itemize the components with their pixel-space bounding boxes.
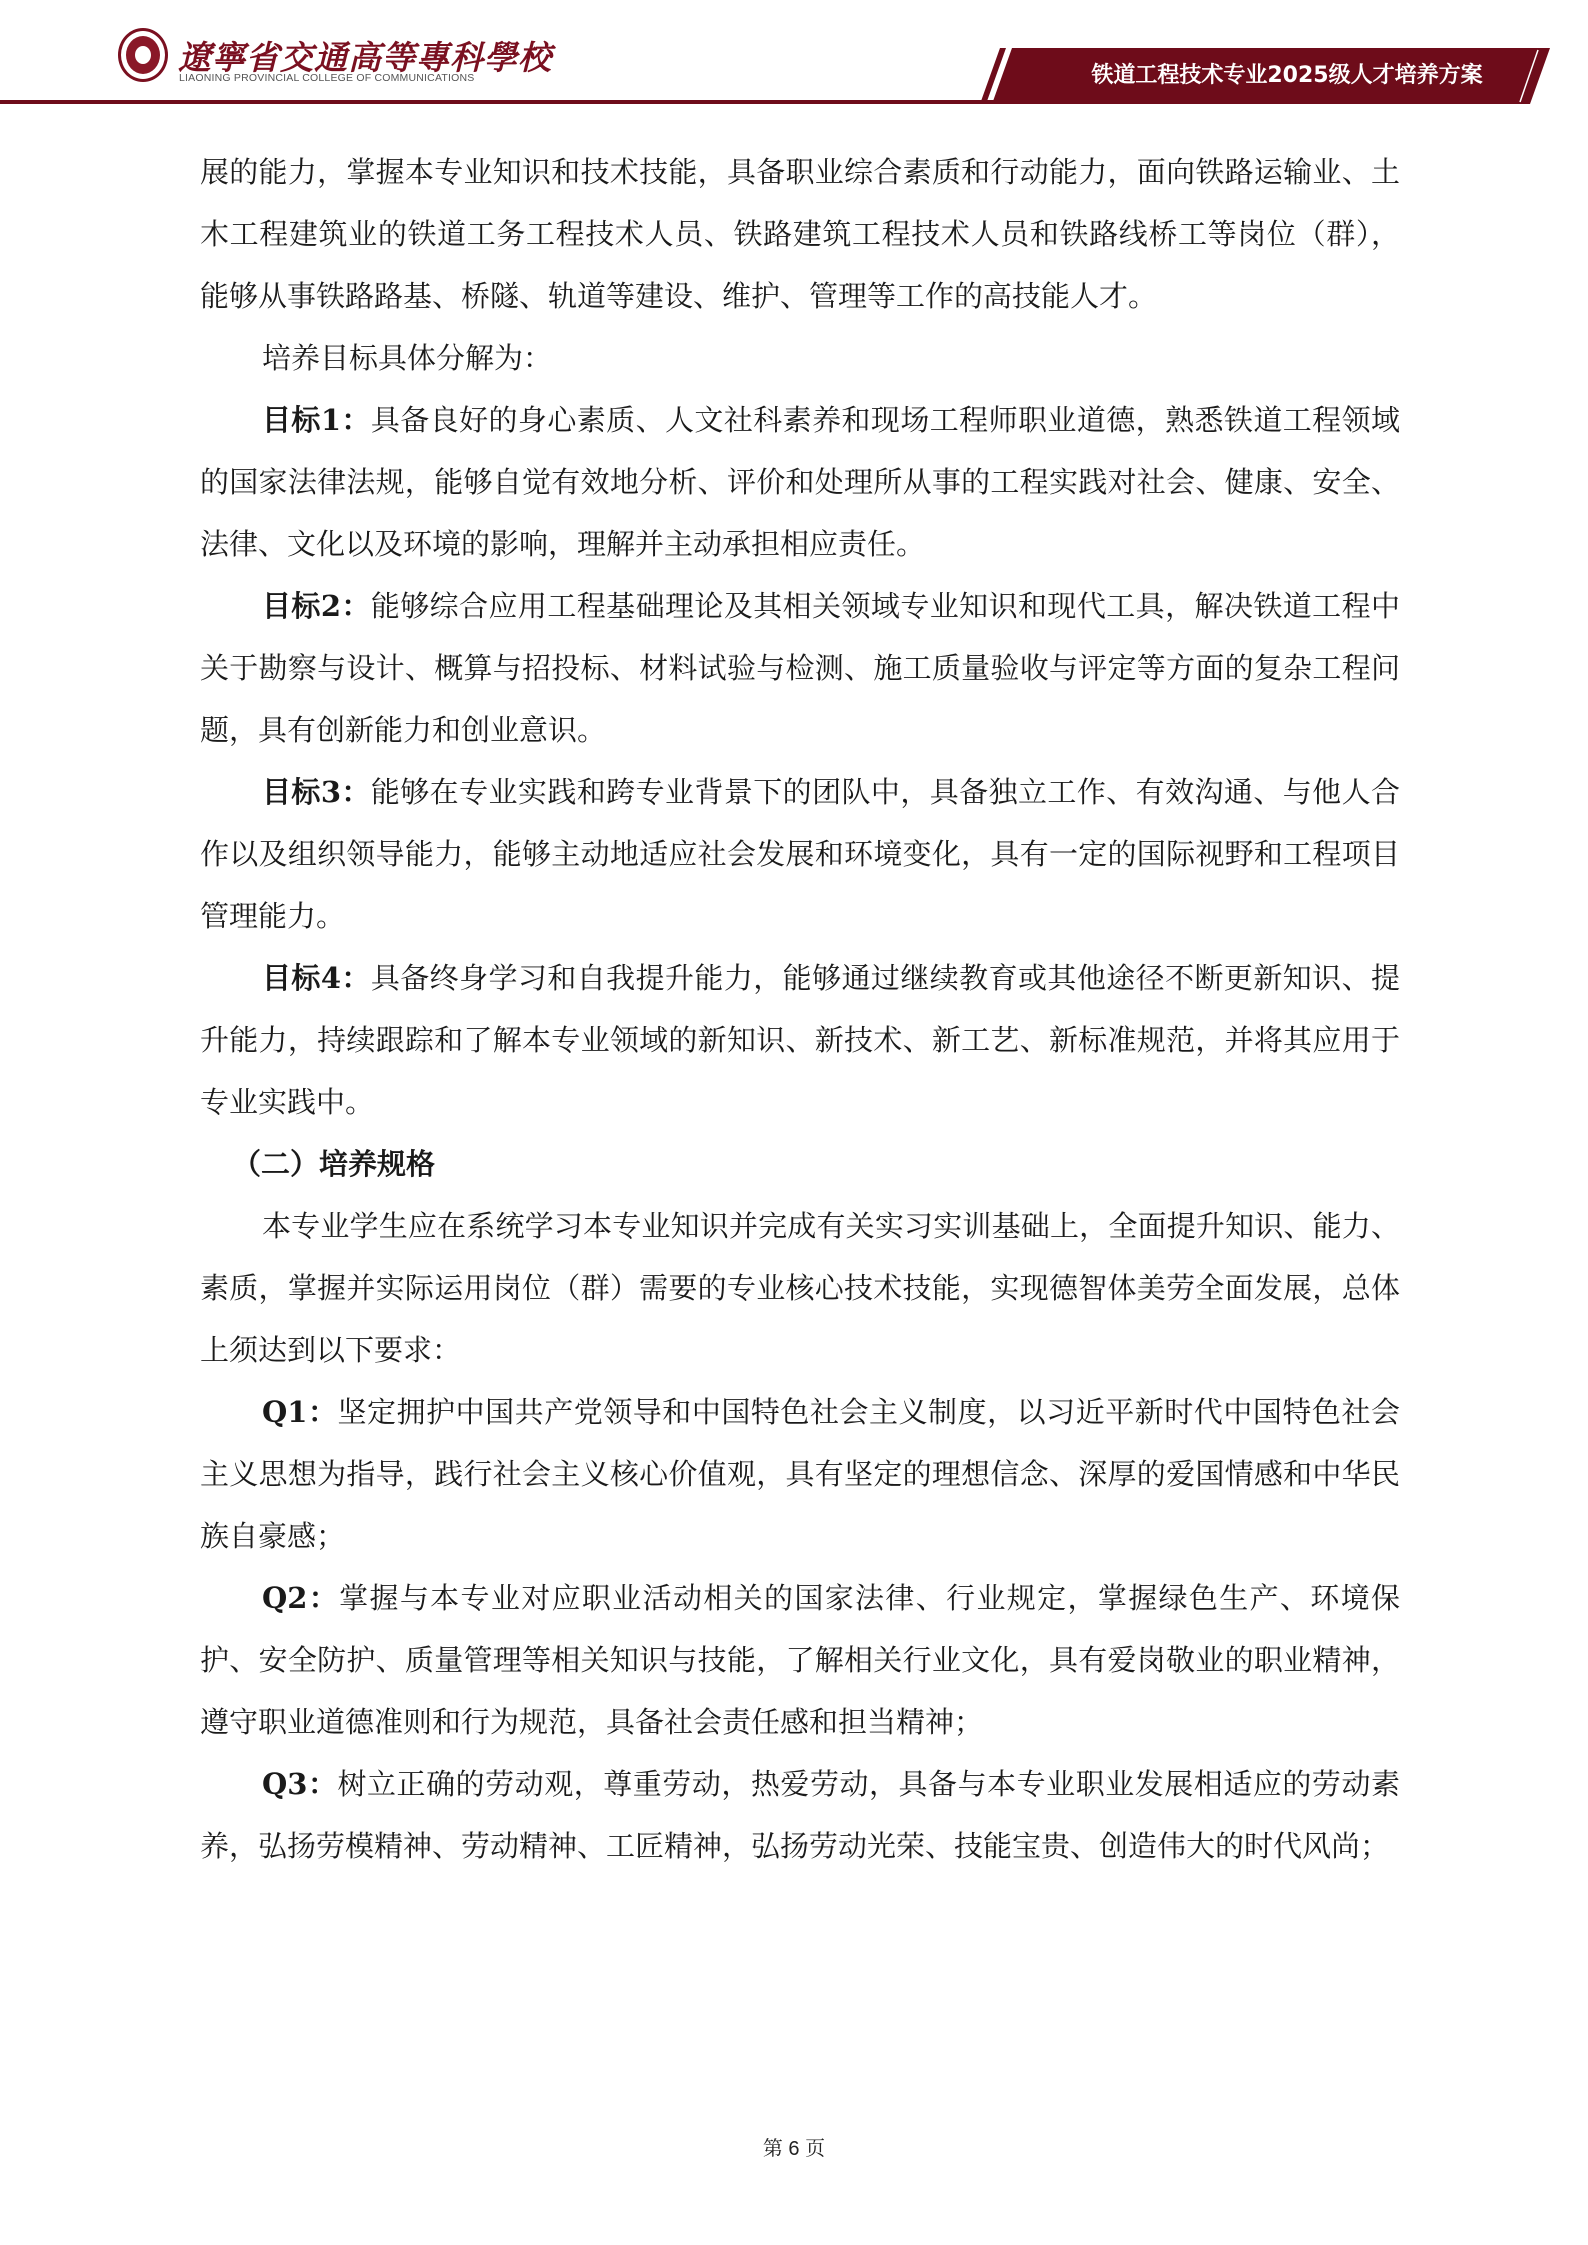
requirement-text: 掌握与本专业对应职业活动相关的国家法律、行业规定，掌握绿色生产、环境保护、安全防… [200,1581,1400,1739]
title-banner: 铁道工程技术专业2025级人才培养方案 [980,48,1550,104]
goal-label: 目标1： [262,403,371,437]
school-name-en: LIAONING PROVINCIAL COLLEGE OF COMMUNICA… [179,72,474,84]
intro-paragraph: 展的能力，掌握本专业知识和技术技能，具备职业综合素质和行动能力，面向铁路运输业、… [200,141,1400,327]
goal-item: 目标4：具备终身学习和自我提升能力，能够通过继续教育或其他途径不断更新知识、提升… [200,947,1400,1133]
goal-item: 目标3：能够在专业实践和跨专业背景下的团队中，具备独立工作、有效沟通、与他人合作… [200,761,1400,947]
requirement-label: Q2： [262,1581,339,1615]
goal-item: 目标2：能够综合应用工程基础理论及其相关领域专业知识和现代工具，解决铁道工程中关… [200,575,1400,761]
page-number: 第 6 页 [0,2132,1588,2161]
requirement-text: 坚定拥护中国共产党领导和中国特色社会主义制度，以习近平新时代中国特色社会主义思想… [200,1395,1400,1553]
requirement-label: Q3： [262,1767,338,1801]
goal-text: 具备终身学习和自我提升能力，能够通过继续教育或其他途径不断更新知识、提升能力，持… [200,961,1400,1119]
college-seal-icon [118,28,168,82]
page-header: 遼寧省交通高等專科學校 LIAONING PROVINCIAL COLLEGE … [0,0,1588,120]
requirement-item: Q2：掌握与本专业对应职业活动相关的国家法律、行业规定，掌握绿色生产、环境保护、… [200,1567,1400,1753]
header-rule [0,100,1000,104]
goal-text: 具备良好的身心素质、人文社科素养和现场工程师职业道德，熟悉铁道工程领域的国家法律… [200,403,1400,561]
section-heading: （二）培养规格 [200,1133,1400,1195]
document-body: 展的能力，掌握本专业知识和技术技能，具备职业综合素质和行动能力，面向铁路运输业、… [200,141,1400,1877]
goal-text: 能够综合应用工程基础理论及其相关领域专业知识和现代工具，解决铁道工程中关于勘察与… [200,589,1400,747]
spec-lead: 本专业学生应在系统学习本专业知识并完成有关实习实训基础上，全面提升知识、能力、素… [200,1195,1400,1381]
requirement-text: 树立正确的劳动观，尊重劳动，热爱劳动，具备与本专业职业发展相适应的劳动素养，弘扬… [200,1767,1400,1863]
requirement-item: Q1：坚定拥护中国共产党领导和中国特色社会主义制度，以习近平新时代中国特色社会主… [200,1381,1400,1567]
goal-label: 目标2： [262,589,371,623]
goal-label: 目标3： [262,775,371,809]
requirement-item: Q3：树立正确的劳动观，尊重劳动，热爱劳动，具备与本专业职业发展相适应的劳动素养… [200,1753,1400,1877]
goal-item: 目标1：具备良好的身心素质、人文社科素养和现场工程师职业道德，熟悉铁道工程领域的… [200,389,1400,575]
goals-lead: 培养目标具体分解为： [200,327,1400,389]
goal-text: 能够在专业实践和跨专业背景下的团队中，具备独立工作、有效沟通、与他人合作以及组织… [200,775,1400,933]
document-title: 铁道工程技术专业2025级人才培养方案 [1052,48,1522,104]
goal-label: 目标4： [262,961,371,995]
requirement-label: Q1： [262,1395,338,1429]
